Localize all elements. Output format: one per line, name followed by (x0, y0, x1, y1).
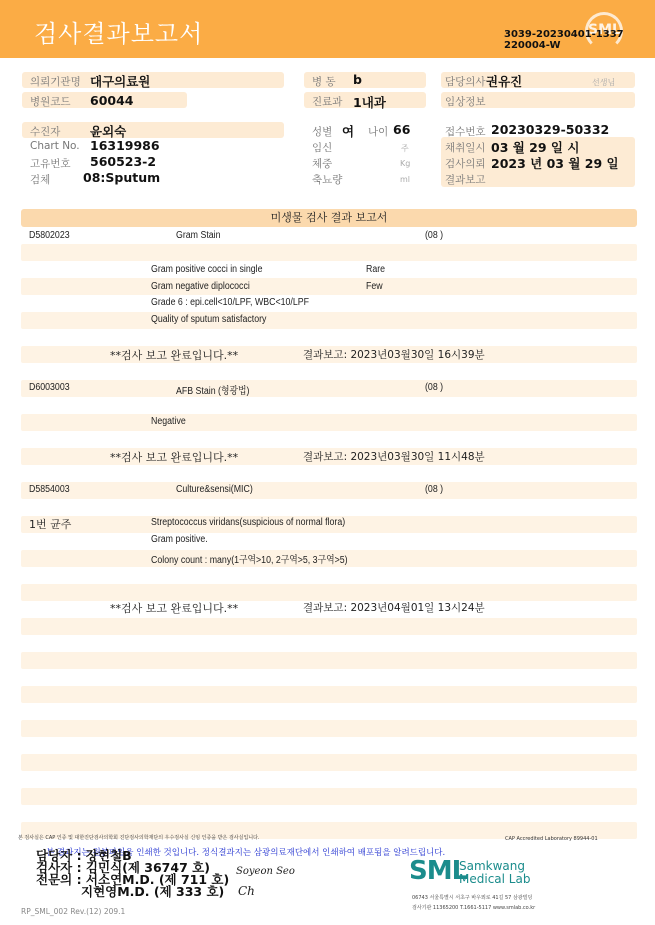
specimen-value: 08:Sputum (83, 170, 160, 185)
test-name: Culture&sensi(MIC) (176, 484, 253, 495)
row-stripe (21, 584, 637, 601)
report-title: 검사결과보고서 (34, 14, 203, 49)
row-stripe (21, 312, 637, 329)
weight-label: 체중 (312, 156, 332, 171)
patient-label: 수진자 (30, 124, 60, 139)
pregnancy-label: 임신 (312, 140, 332, 155)
row-stripe (21, 788, 637, 805)
row-stripe (21, 754, 637, 771)
test-specimen: (08 ) (425, 484, 443, 495)
ward-label: 병 동 (312, 74, 336, 89)
report-id-line1: 3039-20230401-1337 (504, 29, 624, 40)
test-code: D5802023 (29, 230, 70, 241)
chart-label: Chart No. (30, 140, 80, 152)
unique-label: 고유번호 (30, 156, 71, 171)
lab-name: Samkwang Medical Lab (459, 860, 530, 886)
receipt-value: 20230329-50332 (491, 122, 609, 137)
specialist-line-2: 지현영M.D. (제 333 호) (81, 885, 224, 899)
collect-label: 채취일시 (445, 140, 486, 155)
result-text: Colony count : many(1구역>10, 2구역>5, 3구역>5… (151, 551, 348, 566)
dept-label: 진료과 (312, 94, 342, 109)
urine-unit: ml (400, 175, 410, 184)
result-text: Streptococcus viridans(suspicious of nor… (151, 517, 345, 528)
sex-label: 성별 (312, 124, 332, 139)
ward-value: b (353, 72, 362, 87)
report-time: 결과보고: 2023년04월01일 13시24분 (303, 600, 485, 615)
row-stripe (21, 380, 637, 397)
age-value: 66 (393, 122, 410, 137)
row-stripe (21, 720, 637, 737)
complete-message: **검사 보고 완료입니다.** (110, 449, 238, 465)
lab-contact: 검사기관 11365200 T.1661-5117 www.smlab.co.k… (412, 904, 535, 911)
row-stripe (21, 244, 637, 261)
result-value: Rare (366, 264, 385, 275)
isolate-label: 1번 균주 (29, 516, 71, 532)
chart-value: 16319986 (90, 138, 160, 153)
complete-message: **검사 보고 완료입니다.** (110, 600, 238, 616)
request-value: 2023 년 03 월 29 일 (491, 154, 619, 172)
test-specimen: (08 ) (425, 382, 443, 393)
row-stripe (21, 482, 637, 499)
report-id: 3039-20230401-1337 220004-W (504, 29, 624, 51)
result-text: Gram positive. (151, 534, 208, 545)
test-code: D6003003 (29, 382, 70, 393)
request-label: 검사의뢰 (445, 156, 486, 171)
age-label: 나이 (368, 124, 388, 139)
doctor-label: 담당의사 (445, 74, 486, 89)
test-code: D5854003 (29, 484, 70, 495)
clinical-label: 임상정보 (445, 94, 486, 109)
report-time: 결과보고: 2023년03월30일 11시48분 (303, 449, 485, 464)
hospital-code-value: 60044 (90, 93, 134, 108)
specimen-label: 검체 (30, 172, 50, 187)
dept-value: 1내과 (353, 93, 386, 111)
row-stripe (21, 278, 637, 295)
certification-text: 본 검사실은 CAP 인증 및 대한진단검사의학회 진단검사의학재단의 우수검사… (18, 834, 260, 841)
row-stripe (21, 686, 637, 703)
hospital-code-label: 병원코드 (30, 94, 71, 109)
test-name: AFB Stain (형광법) (176, 382, 249, 397)
weight-unit: Kg (400, 159, 410, 168)
result-report-label: 결과보고 (445, 172, 486, 187)
revision-code: RP_SML_002 Rev.(12) 209.1 (21, 907, 125, 916)
receipt-label: 접수번호 (445, 124, 486, 139)
result-text: Gram negative diplococci (151, 281, 250, 292)
pregnancy-unit: 주 (401, 143, 409, 154)
test-specimen: (08 ) (425, 230, 443, 241)
doctor-suffix: 선생님 (592, 77, 615, 88)
row-stripe (21, 618, 637, 635)
doctor-value: 권유진 (486, 72, 522, 90)
result-text: Gram positive cocci in single (151, 264, 263, 275)
result-value: Few (366, 281, 383, 292)
result-text: Grade 6 : epi.cell<10/LPF, WBC<10/LPF (151, 297, 309, 308)
row-stripe (21, 414, 637, 431)
patient-band (22, 122, 284, 138)
sex-value: 여 (342, 122, 354, 140)
signature-2: Ch (238, 884, 255, 898)
report-id-line2: 220004-W (504, 40, 624, 51)
unique-value: 560523-2 (90, 154, 156, 169)
complete-message: **검사 보고 완료입니다.** (110, 347, 238, 363)
urine-label: 축뇨량 (312, 172, 342, 187)
row-stripe (21, 652, 637, 669)
test-name: Gram Stain (176, 230, 221, 241)
lab-name-line2: Medical Lab (459, 873, 530, 886)
signature-1: Soyeon Seo (236, 866, 295, 877)
section-title: 미생물 검사 결과 보고서 (21, 209, 637, 227)
institution-value: 대구의료원 (90, 72, 150, 90)
result-text: Negative (151, 416, 186, 427)
lab-address: 06743 서울특별시 서초구 바우뫼로 41길 57 삼광빌딩 (412, 894, 532, 901)
report-time: 결과보고: 2023년03월30일 16시39분 (303, 347, 485, 362)
institution-label: 의뢰기관명 (30, 74, 81, 89)
cap-accreditation: CAP Accredited Laboratory 89944-01 (505, 836, 598, 842)
result-text: Quality of sputum satisfactory (151, 314, 266, 325)
